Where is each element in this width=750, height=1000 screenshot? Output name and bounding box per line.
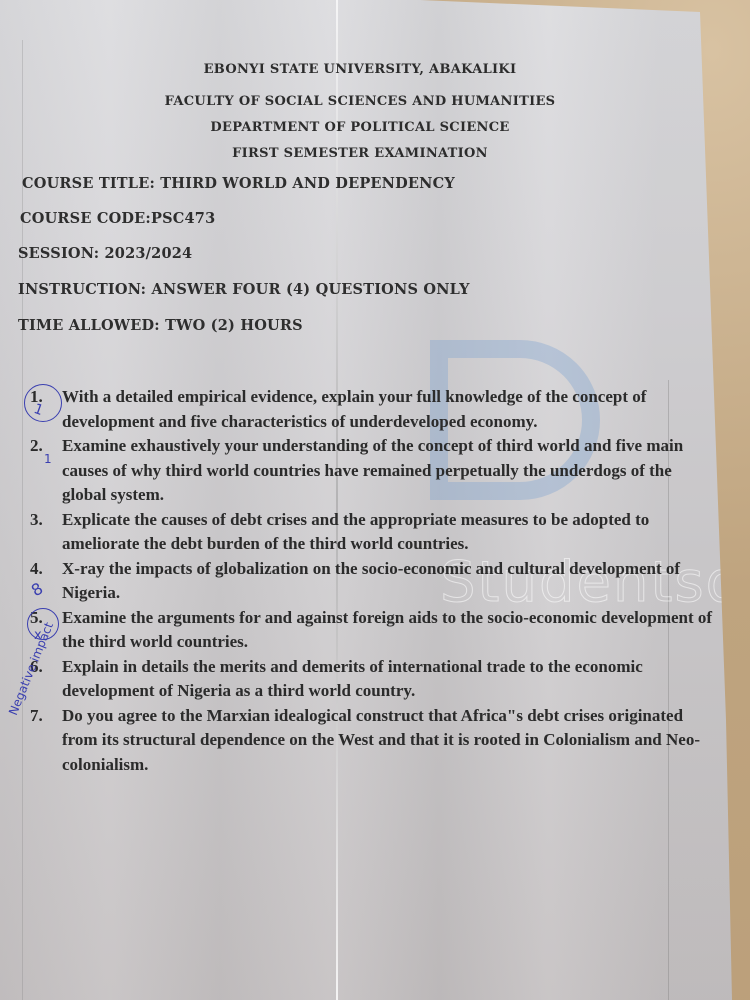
question-number: 3. (30, 508, 62, 557)
question-item: 5. Examine the arguments for and against… (30, 606, 720, 655)
course-title: COURSE TITLE: THIRD WORLD AND DEPENDENCY (22, 175, 455, 192)
course-code: COURSE CODE:PSC473 (20, 210, 215, 227)
session: SESSION: 2023/2024 (18, 245, 192, 262)
question-text: Do you agree to the Marxian idealogical … (62, 704, 720, 778)
faculty-name: FACULTY OF SOCIAL SCIENCES AND HUMANITIE… (0, 94, 720, 109)
institution-name: EBONYI STATE UNIVERSITY, ABAKALIKI (0, 62, 720, 77)
question-item: 7. Do you agree to the Marxian idealogic… (30, 704, 720, 778)
time-allowed: TIME ALLOWED: TWO (2) HOURS (18, 317, 303, 334)
question-list: 1. With a detailed empirical evidence, e… (30, 385, 720, 777)
question-item: 6. Explain in details the merits and dem… (30, 655, 720, 704)
instruction: INSTRUCTION: ANSWER FOUR (4) QUESTIONS O… (18, 281, 470, 298)
question-text: X-ray the impacts of globalization on th… (62, 557, 720, 606)
question-number: 7. (30, 704, 62, 778)
question-text: Explicate the causes of debt crises and … (62, 508, 720, 557)
department-name: DEPARTMENT OF POLITICAL SCIENCE (0, 120, 720, 135)
question-item: 4. X-ray the impacts of globalization on… (30, 557, 720, 606)
exam-paper: Studentsdash EBONYI STATE UNIVERSITY, AB… (0, 0, 732, 1000)
question-text: Explain in details the merits and demeri… (62, 655, 720, 704)
question-item: 2. Examine exhaustively your understandi… (30, 434, 720, 508)
exam-title: FIRST SEMESTER EXAMINATION (0, 146, 720, 161)
question-item: 1. With a detailed empirical evidence, e… (30, 385, 720, 434)
question-text: Examine exhaustively your understanding … (62, 434, 720, 508)
question-text: Examine the arguments for and against fo… (62, 606, 720, 655)
pen-tick-mark: 1 (44, 452, 52, 466)
question-item: 3. Explicate the causes of debt crises a… (30, 508, 720, 557)
question-text: With a detailed empirical evidence, expl… (62, 385, 720, 434)
question-number: 2. (30, 434, 62, 508)
